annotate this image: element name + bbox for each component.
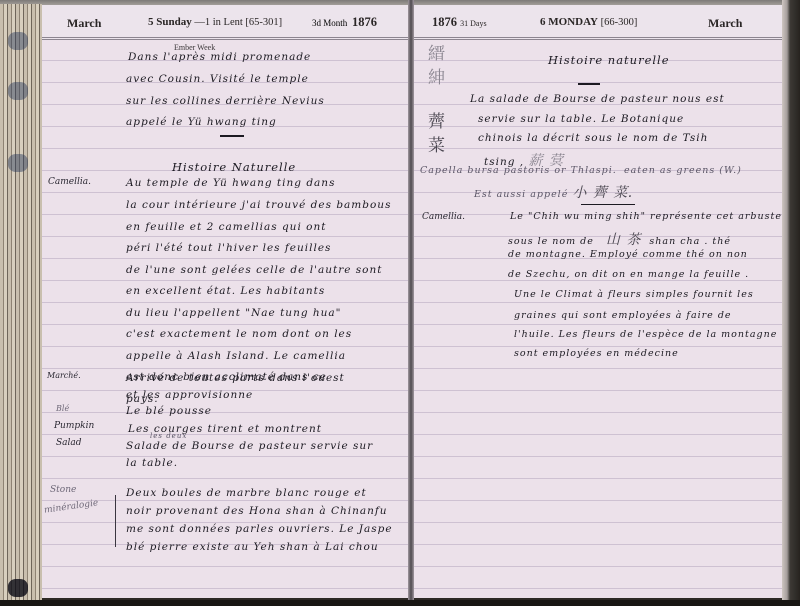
ink-smudge (8, 82, 28, 100)
margin-note-camellia: Camellia. (422, 212, 465, 222)
stone-line: me sont données parles ouvriers. Le Jasp… (126, 523, 393, 535)
margin-note-ble: Blé (56, 404, 69, 413)
ink-smudge (8, 32, 28, 50)
entry-line: de l'une sont gelées celle de l'autre so… (126, 264, 382, 276)
right-page-header: 1876 31 Days 6 MONDAY [66-300] March (414, 5, 784, 40)
entry-line: péri l'été tout l'hiver les feuilles (126, 242, 331, 254)
ble-line: Le blé pousse (126, 405, 212, 417)
entry-line: servie sur la table. Le Botanique (478, 113, 684, 125)
separator-line (581, 204, 635, 205)
header-month: March (67, 16, 101, 31)
inline-cjk: 小 薺 菜. (572, 185, 633, 201)
margin-cjk-top-1: 縉 (428, 43, 445, 65)
header-month: March (708, 16, 742, 31)
entry-line: c'est exactement le nom dont on les (126, 328, 352, 340)
entry-line: du lieu l'appellent "Nae tung hua" (126, 307, 342, 319)
header-day: 5 Sunday —1 in Lent [65-301] (148, 16, 282, 28)
left-page: March 5 Sunday —1 in Lent [65-301] 3d Mo… (42, 5, 408, 598)
book-right-edge (782, 0, 800, 606)
capsella-note: eaten as greens (W.) (624, 165, 742, 176)
section-title: Histoire Naturelle (172, 160, 296, 174)
stone-line: Deux boules de marbre blanc rouge et (126, 487, 367, 499)
entry-line: en feuille et 2 camellias qui ont (126, 221, 326, 233)
margin-cjk-top-2: 紳 (428, 67, 445, 89)
entry-line: La salade de Bourse de pasteur nous est (470, 93, 725, 105)
entry-line: Une le Climat à fleurs simples fournit l… (514, 289, 754, 300)
entry-line: l'huile. Les fleurs de l'espèce de la mo… (514, 329, 777, 340)
entry-line: de Szechu, on dit on en mange la feuille… (508, 269, 749, 280)
margin-note-pumpkin: Pumpkin (54, 421, 94, 431)
header-year: 1876 31 Days (432, 15, 487, 30)
entry-line: la cour intérieure j'ai trouvé des bambo… (126, 199, 391, 211)
entry-line: de montagne. Employé comme thé on non (508, 249, 748, 260)
entry-line: Au temple de Yü hwang ting dans (126, 177, 335, 189)
inline-cjk: 山 茶 (606, 232, 641, 248)
margin-cjk-mid-1: 薺 (428, 111, 445, 133)
entry-line: appelle à Alash Island. Le camellia (126, 350, 346, 362)
entry-line: Dans l'après midi promenade (128, 51, 311, 63)
marche-line: Arrivé de toutes parts dans l'ouest (126, 372, 345, 384)
stone-line: blé pierre existe au Yeh shan à Lai chou (126, 541, 379, 553)
margin-note-marche: Marché. (47, 371, 81, 380)
margin-cjk-mid-2: 菜 (428, 135, 445, 157)
entry-line: sur les collines derrière Nevius (126, 95, 325, 107)
left-page-header: March 5 Sunday —1 in Lent [65-301] 3d Mo… (42, 5, 408, 40)
margin-note-camellia: Camellia. (48, 177, 91, 187)
stone-line: noir provenant des Hona shan à Chinanfu (126, 505, 388, 517)
book-cover-bottom (0, 600, 800, 606)
interlinear-note: les deux (150, 432, 187, 440)
margin-bracket (115, 495, 116, 547)
salad-line: Salade de Bourse de pasteur servie sur (126, 440, 373, 452)
entry-line: appelé le Yü hwang ting (126, 116, 277, 128)
entry-line: en excellent état. Les habitants (126, 285, 325, 297)
entry-line: avec Cousin. Visité le temple (126, 73, 309, 85)
entry-line: sous le nom de 山 茶 shan cha . thé (508, 229, 731, 251)
ink-smudge (8, 579, 28, 597)
header-day: 6 MONDAY [66-300] (540, 16, 637, 28)
separator-dash (220, 135, 244, 137)
margin-note-mineralogie: minéralogie (44, 498, 99, 515)
section-title: Histoire naturelle (548, 53, 670, 67)
entry-line: Le "Chih wu ming shih" représente cet ar… (510, 211, 782, 222)
entry-line: chinois la décrit sous le nom de Tsih (478, 132, 708, 144)
right-page: 1876 31 Days 6 MONDAY [66-300] March 縉 紳… (414, 5, 784, 598)
header-year: 1876 (352, 15, 377, 30)
header-month-ordinal: 3d Month (312, 18, 347, 28)
entry-line: graines qui sont employées à faire de (514, 310, 732, 321)
margin-note-stone: Stone (50, 485, 76, 495)
marche-line: et les approvisionne (126, 389, 253, 401)
separator-dash (578, 83, 600, 85)
ink-smudge (8, 154, 28, 172)
book-page-edges (0, 4, 42, 602)
aussi-line: Est aussi appelé 小 薺 菜. (474, 182, 634, 204)
margin-note-salad: Salad (56, 438, 82, 448)
salad-line: la table. (126, 457, 178, 469)
entry-line: sont employées en médecine (514, 348, 679, 359)
capsella-line: Capella bursa pastoris or Thlaspi. (420, 165, 617, 176)
